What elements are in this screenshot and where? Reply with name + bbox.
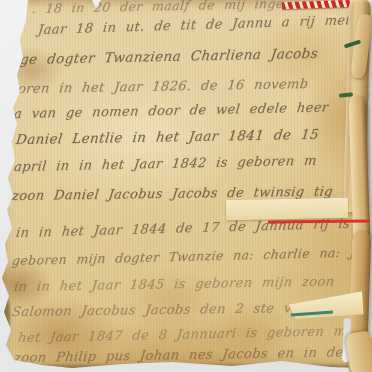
handwriting-line: a van ge nomen door de wel edele heer (13, 100, 329, 122)
handwriting-line: Jaar 18 in ut. de tit de Jannu a rij met… (37, 13, 370, 38)
handwriting-line: in in het Jaar 1845 is geboren mijn zoon (13, 274, 335, 295)
handwriting-line: Daniel Lentlie in het Jaar 1841 de 15 (15, 127, 320, 148)
handwriting-line: . 18 in 20 der maalf de mij inge (31, 0, 284, 16)
edge-stain (0, 298, 12, 347)
handwriting-line: oren in het Jaar 1826. de 16 novemb (17, 77, 309, 97)
photo-background: . 18 in 20 der maalf de mij inge Jaar 18… (0, 0, 372, 372)
handwriting-line: zoon Philip pus Johan nes Jacobs en in d… (13, 345, 344, 366)
handwriting-line: april in in het Jaar 1842 is geboren m (13, 154, 318, 175)
handwriting-line: geboren mijn dogter Twanzie na: charlie … (11, 244, 372, 268)
overlapping-paper-strip (226, 198, 348, 221)
handwriting-line: het Jaar 1847 de 8 Jannuari is geboren m (17, 324, 347, 346)
handwriting-line: Salomon Jacobus Jacobs den 2 ste van (11, 301, 309, 320)
binding-fragment (345, 330, 372, 372)
handwriting-line: ge dogter Twanziena Charliena Jacobs (19, 46, 319, 68)
